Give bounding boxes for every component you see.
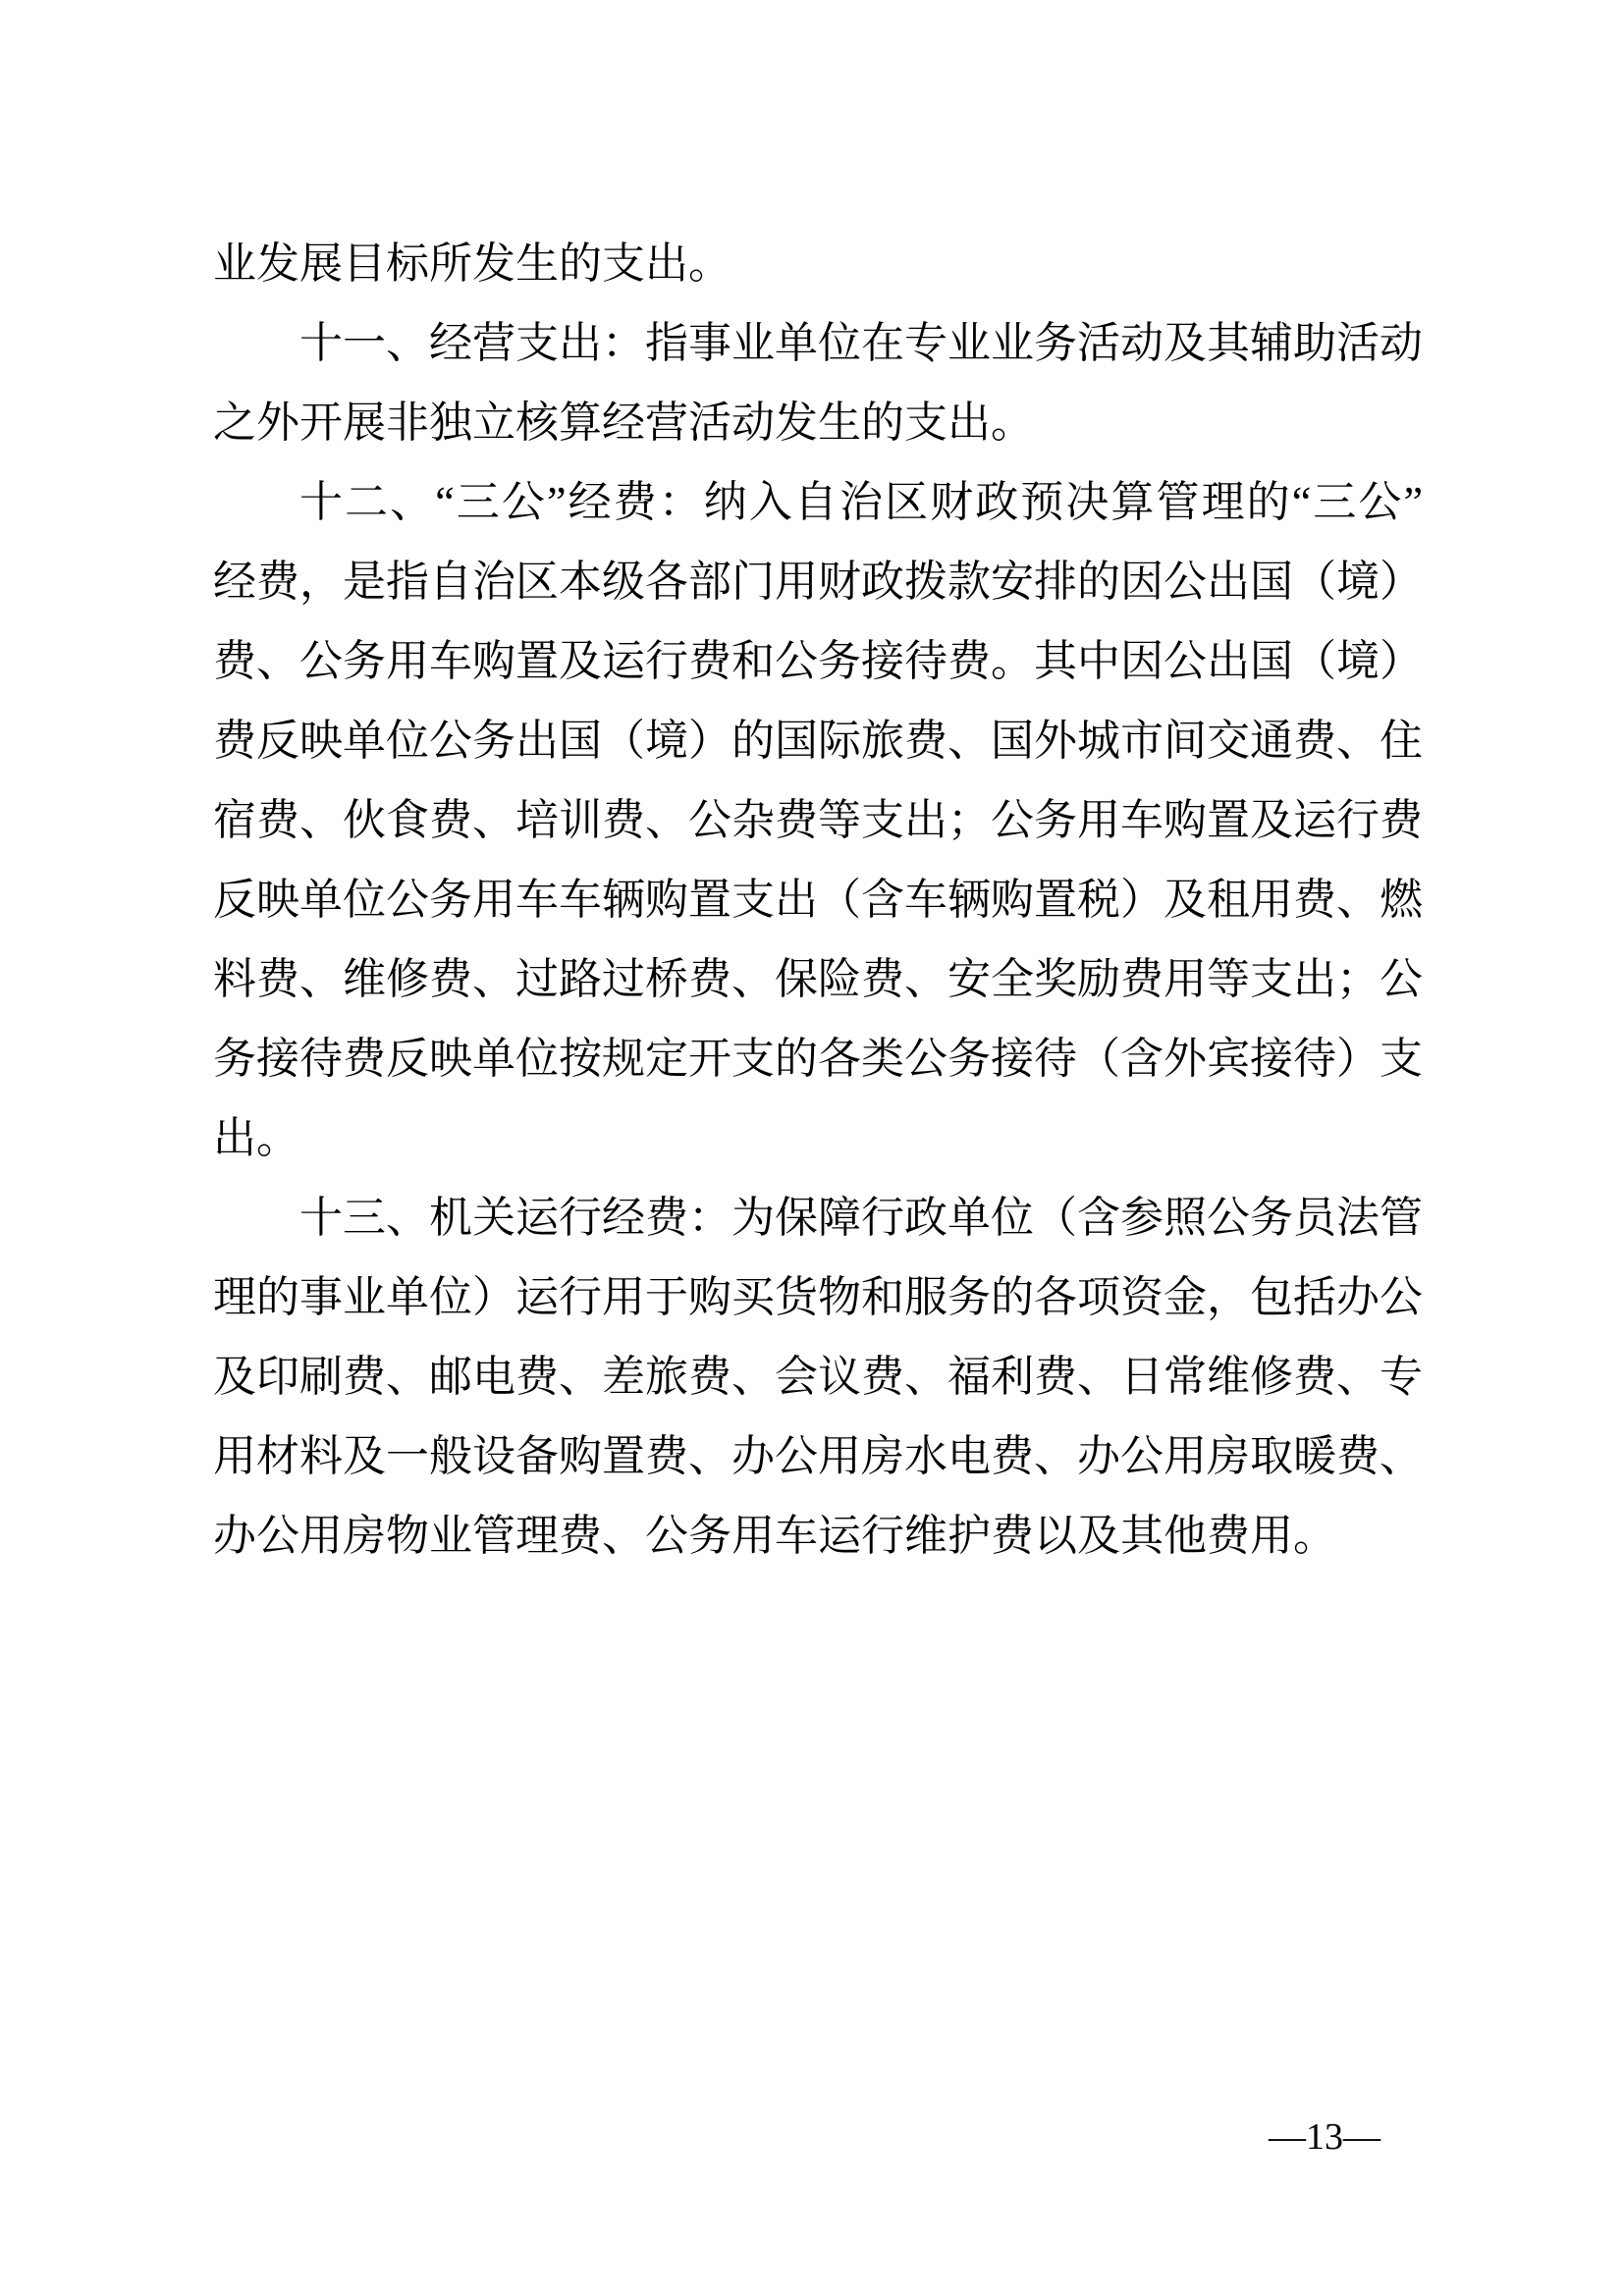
text-line: 之外开展非独立核算经营活动发生的支出。: [213, 383, 1423, 462]
text-line: 宿费、伙食费、培训费、公杂费等支出；公务用车购置及运行费: [213, 780, 1423, 860]
text-line: 十三、机关运行经费：为保障行政单位（含参照公务员法管: [213, 1178, 1423, 1257]
text-line: 务接待费反映单位按规定开支的各类公务接待（含外宾接待）支: [213, 1019, 1423, 1098]
text-line: 十二、“三公”经费：纳入自治区财政预决算管理的“三公”: [213, 462, 1423, 542]
text-line: 费反映单位公务出国（境）的国际旅费、国外城市间交通费、住: [213, 701, 1423, 780]
text-line: 出。: [213, 1098, 1423, 1178]
text-line: 业发展目标所发生的支出。: [213, 224, 1423, 303]
text-line: 经费，是指自治区本级各部门用财政拨款安排的因公出国（境）: [213, 542, 1423, 621]
text-line: 用材料及一般设备购置费、办公用房水电费、办公用房取暖费、: [213, 1416, 1423, 1496]
text-line: 反映单位公务用车车辆购置支出（含车辆购置税）及租用费、燃: [213, 860, 1423, 939]
text-line: 料费、维修费、过路过桥费、保险费、安全奖励费用等支出；公: [213, 939, 1423, 1019]
text-line: 办公用房物业管理费、公务用车运行维护费以及其他费用。: [213, 1496, 1423, 1575]
document-page: 业发展目标所发生的支出。 十一、经营支出：指事业单位在专业业务活动及其辅助活动 …: [0, 0, 1624, 2296]
text-line: 十一、经营支出：指事业单位在专业业务活动及其辅助活动: [213, 303, 1423, 383]
document-body: 业发展目标所发生的支出。 十一、经营支出：指事业单位在专业业务活动及其辅助活动 …: [213, 224, 1423, 1575]
text-line: 费、公务用车购置及运行费和公务接待费。其中因公出国（境）: [213, 621, 1423, 701]
text-line: 及印刷费、邮电费、差旅费、会议费、福利费、日常维修费、专: [213, 1337, 1423, 1416]
page-number: —13—: [1269, 2115, 1380, 2159]
text-line: 理的事业单位）运行用于购买货物和服务的各项资金，包括办公: [213, 1257, 1423, 1337]
